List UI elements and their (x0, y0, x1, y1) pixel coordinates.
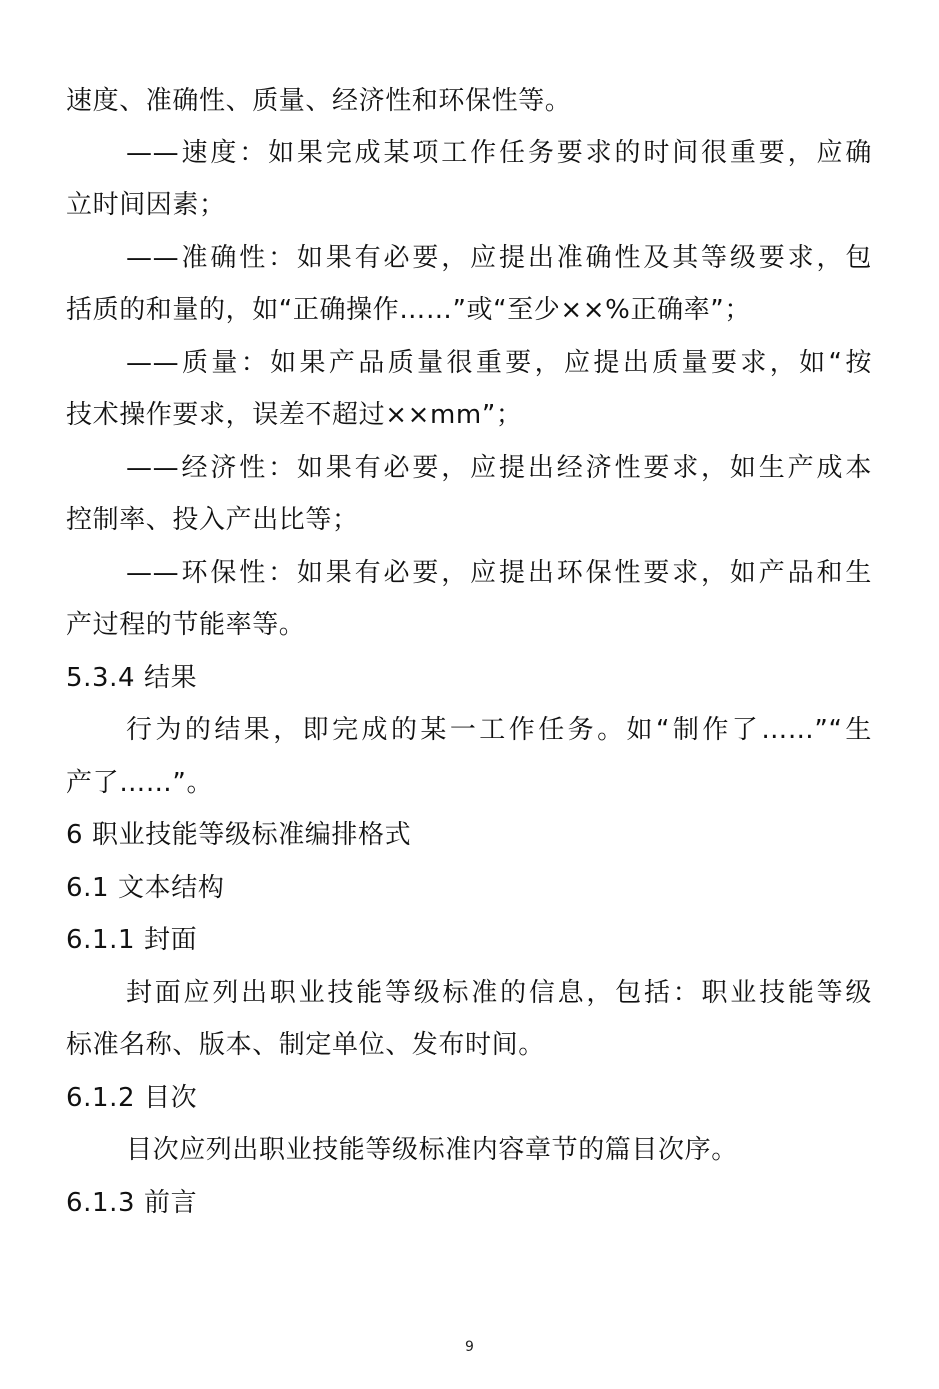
text-line-paragraph-cover-cont: 标准名称、版本、制定单位、发布时间。 (66, 1028, 872, 1062)
text-line-paragraph-toc: 目次应列出职业技能等级标准内容章节的篇目次序。 (126, 1133, 872, 1167)
text-line-list-item-accuracy: ——准确性：如果有必要，应提出准确性及其等级要求，包 (126, 241, 872, 275)
text-line-paragraph-cover: 封面应列出职业技能等级标准的信息，包括：职业技能等级 (126, 976, 872, 1010)
text-line-list-item-speed-cont: 立时间因素； (66, 188, 872, 222)
text-line-heading-6-1-1: 6.1.1 封面 (66, 923, 872, 957)
text-line-list-item-economy: ——经济性：如果有必要，应提出经济性要求，如生产成本 (126, 451, 872, 485)
text-line-heading-5-3-4: 5.3.4 结果 (66, 661, 872, 695)
text-line-heading-6-1-2: 6.1.2 目次 (66, 1081, 872, 1115)
text-line-list-item-speed: ——速度：如果完成某项工作任务要求的时间很重要，应确 (126, 136, 872, 170)
text-line-list-item-quality: ——质量：如果产品质量很重要，应提出质量要求，如“按 (126, 346, 872, 380)
document-page: 速度、准确性、质量、经济性和环保性等。——速度：如果完成某项工作任务要求的时间很… (0, 0, 939, 1389)
text-line-paragraph-result: 行为的结果，即完成的某一工作任务。如“制作了……”“生 (126, 713, 872, 747)
text-line-list-item-quality-cont: 技术操作要求，误差不超过××mm”； (66, 398, 872, 432)
text-line-heading-6-1-3: 6.1.3 前言 (66, 1186, 872, 1220)
text-line-list-item-environment: ——环保性：如果有必要，应提出环保性要求，如产品和生 (126, 556, 872, 590)
text-line-list-item-environment-cont: 产过程的节能率等。 (66, 608, 872, 642)
text-line-list-item-accuracy-cont: 括质的和量的，如“正确操作……”或“至少××%正确率”； (66, 293, 872, 327)
page-number: 9 (0, 1338, 939, 1356)
text-line-paragraph-result-cont: 产了……”。 (66, 766, 872, 800)
text-line-paragraph-continuation: 速度、准确性、质量、经济性和环保性等。 (66, 84, 872, 118)
text-line-heading-6-1: 6.1 文本结构 (66, 871, 872, 905)
text-line-list-item-economy-cont: 控制率、投入产出比等； (66, 503, 872, 537)
text-line-heading-6: 6 职业技能等级标准编排格式 (66, 818, 872, 852)
